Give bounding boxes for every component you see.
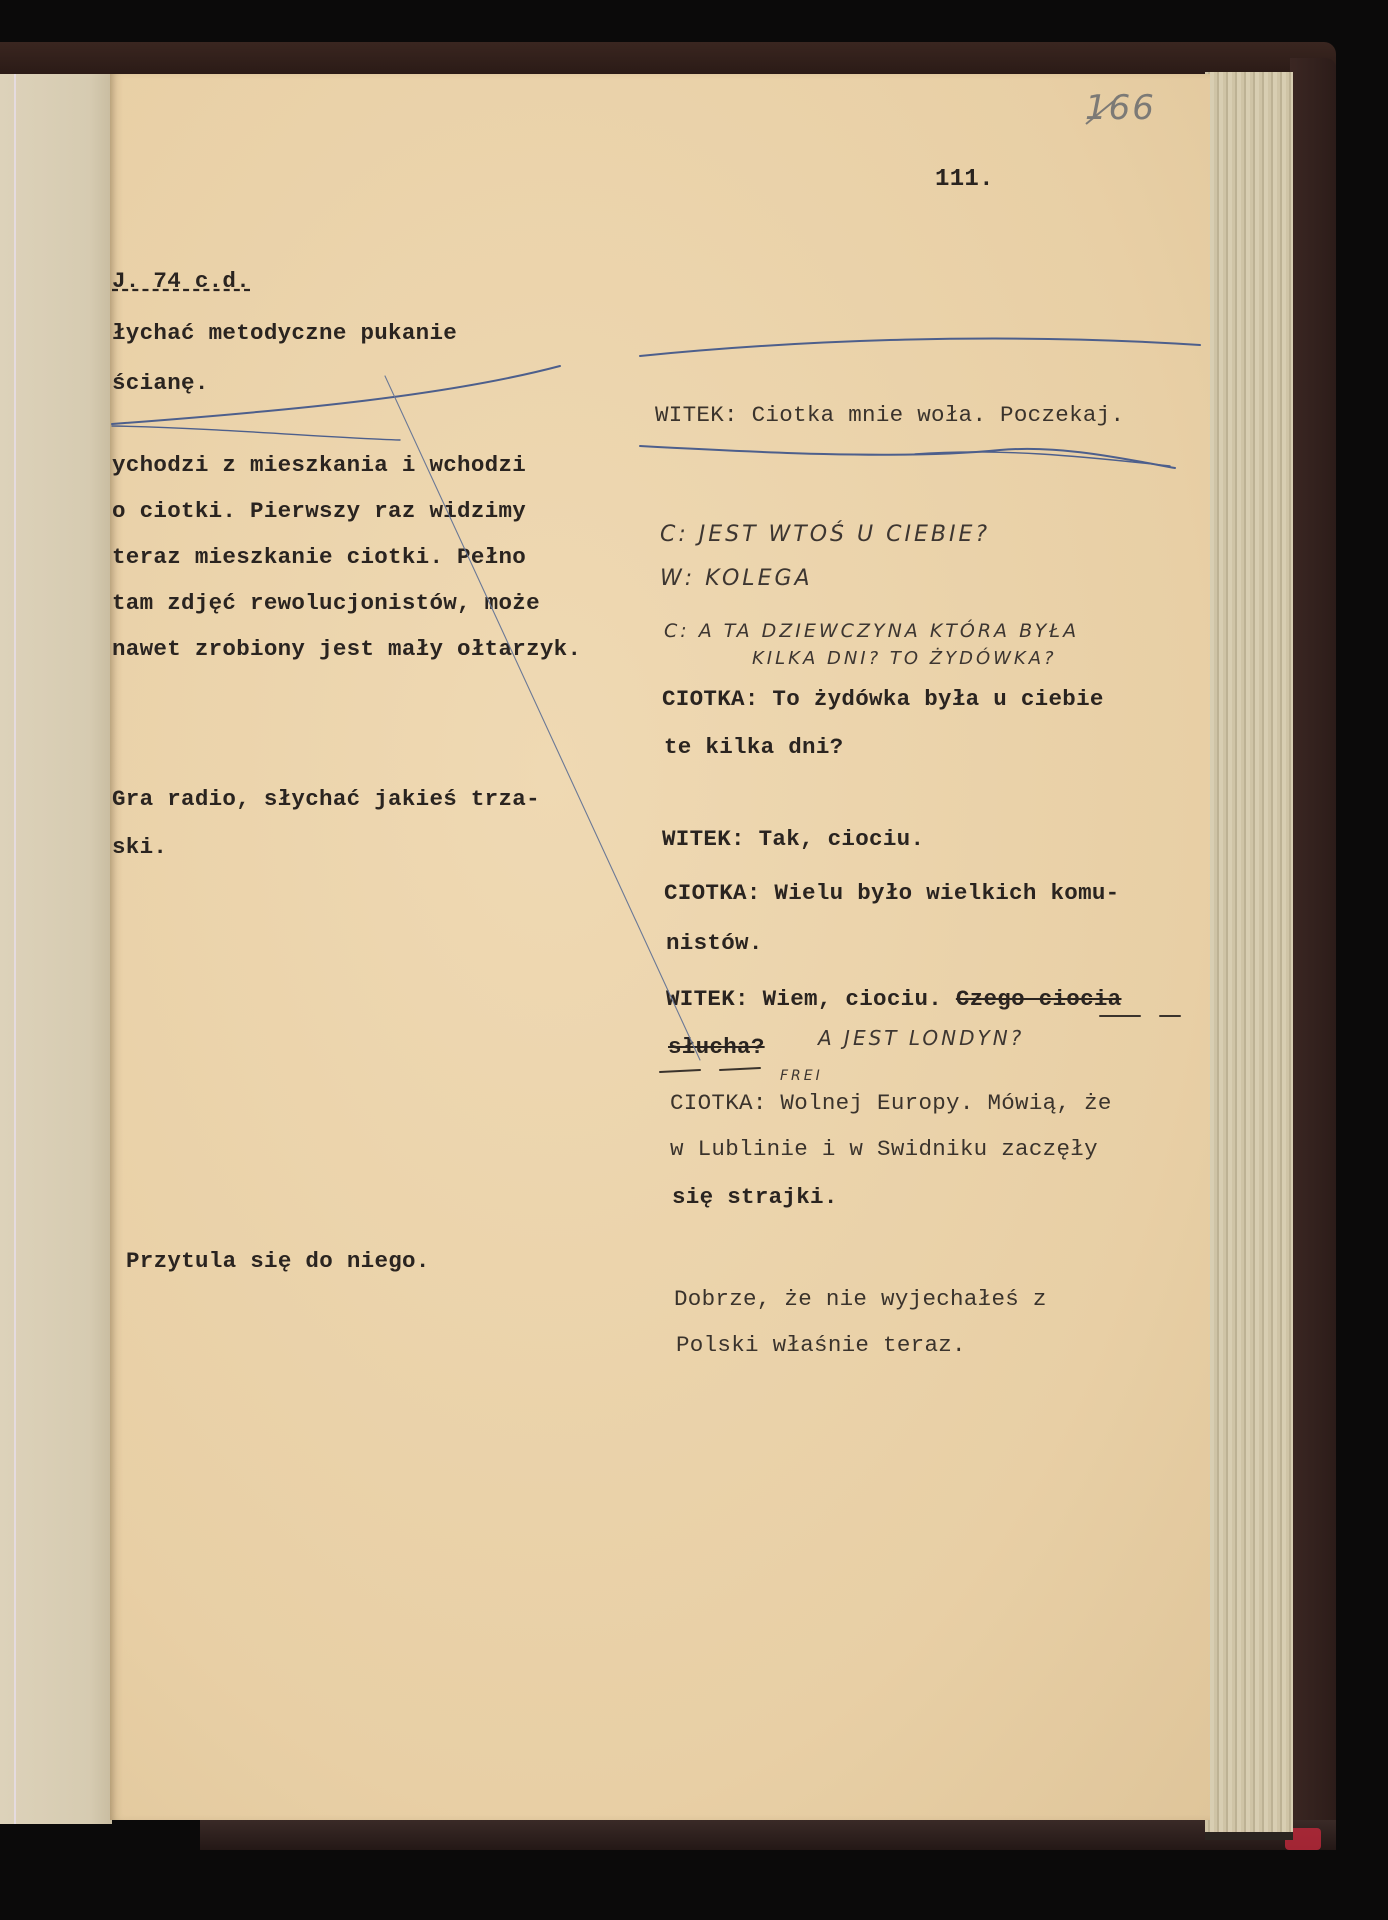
witek-line-text: WITEK: Wiem, ciociu.: [666, 986, 942, 1012]
stage-direction-line: ścianę.: [112, 370, 209, 396]
handwritten-note: C: A TA DZIEWCZYNA KTÓRA BYŁA: [664, 620, 1079, 642]
handwritten-note: W: KOLEGA: [660, 566, 813, 591]
dialogue-ciotka: nistów.: [666, 930, 763, 956]
dialogue-ciotka: w Lublinie i w Swidniku zaczęły: [670, 1136, 1098, 1162]
dialogue-ciotka: te kilka dni?: [664, 734, 843, 760]
dialogue-ciotka: CIOTKA: To żydówka była u ciebie: [662, 686, 1104, 712]
dialogue-ciotka: Polski właśnie teraz.: [676, 1332, 966, 1358]
handwritten-note: C: JEST WTOŚ U CIEBIE?: [660, 522, 990, 547]
handwritten-correction: A JEST LONDYN?: [818, 1026, 1024, 1050]
stage-direction-line: ychodzi z mieszkania i wchodzi: [112, 452, 526, 478]
stage-direction-line: ski.: [112, 834, 167, 860]
handwritten-insert: FREI: [780, 1068, 823, 1084]
page-edge-line: [14, 74, 16, 1824]
pencil-folio-number: 166: [1085, 88, 1156, 128]
dialogue-ciotka: CIOTKA: Wolnej Europy. Mówią, że: [670, 1090, 1112, 1116]
stage-direction-line: Przytula się do niego.: [126, 1248, 430, 1274]
scene-heading: J. 74 c.d.: [112, 268, 250, 294]
left-facing-page: [0, 74, 112, 1824]
stage-direction-line: o ciotki. Pierwszy raz widzimy: [112, 498, 526, 524]
book-cover-right: [1290, 58, 1336, 1848]
dialogue-witek: WITEK: Wiem, ciociu. Czego ciocia: [666, 986, 1122, 1012]
dialogue-witek: WITEK: Ciotka mnie woła. Poczekaj.: [655, 402, 1124, 428]
stage-direction-line: tam zdjęć rewolucjonistów, może: [112, 590, 540, 616]
handwritten-note: KILKA DNI? TO ŻYDÓWKA?: [752, 648, 1057, 669]
struck-text: Czego ciocia: [956, 986, 1122, 1012]
page-edges: [1205, 72, 1293, 1840]
stage-direction-line: Gra radio, słychać jakieś trza-: [112, 786, 540, 812]
dialogue-ciotka: się strajki.: [672, 1184, 838, 1210]
stage-direction-line: nawet zrobiony jest mały ołtarzyk.: [112, 636, 581, 662]
book-cover-bottom: [200, 1820, 1336, 1850]
dialogue-witek-cont: słucha?: [668, 1034, 765, 1060]
stage-direction-line: teraz mieszkanie ciotki. Pełno: [112, 544, 526, 570]
page-number: 111.: [935, 166, 994, 193]
stage-direction-line: łychać metodyczne pukanie: [112, 320, 457, 346]
dialogue-ciotka: CIOTKA: Wielu było wielkich komu-: [664, 880, 1119, 906]
struck-text: słucha?: [668, 1034, 765, 1060]
dialogue-ciotka: Dobrze, że nie wyjechałeś z: [674, 1286, 1047, 1312]
dialogue-witek: WITEK: Tak, ciociu.: [662, 826, 924, 852]
book-cover-top: [0, 42, 1336, 76]
